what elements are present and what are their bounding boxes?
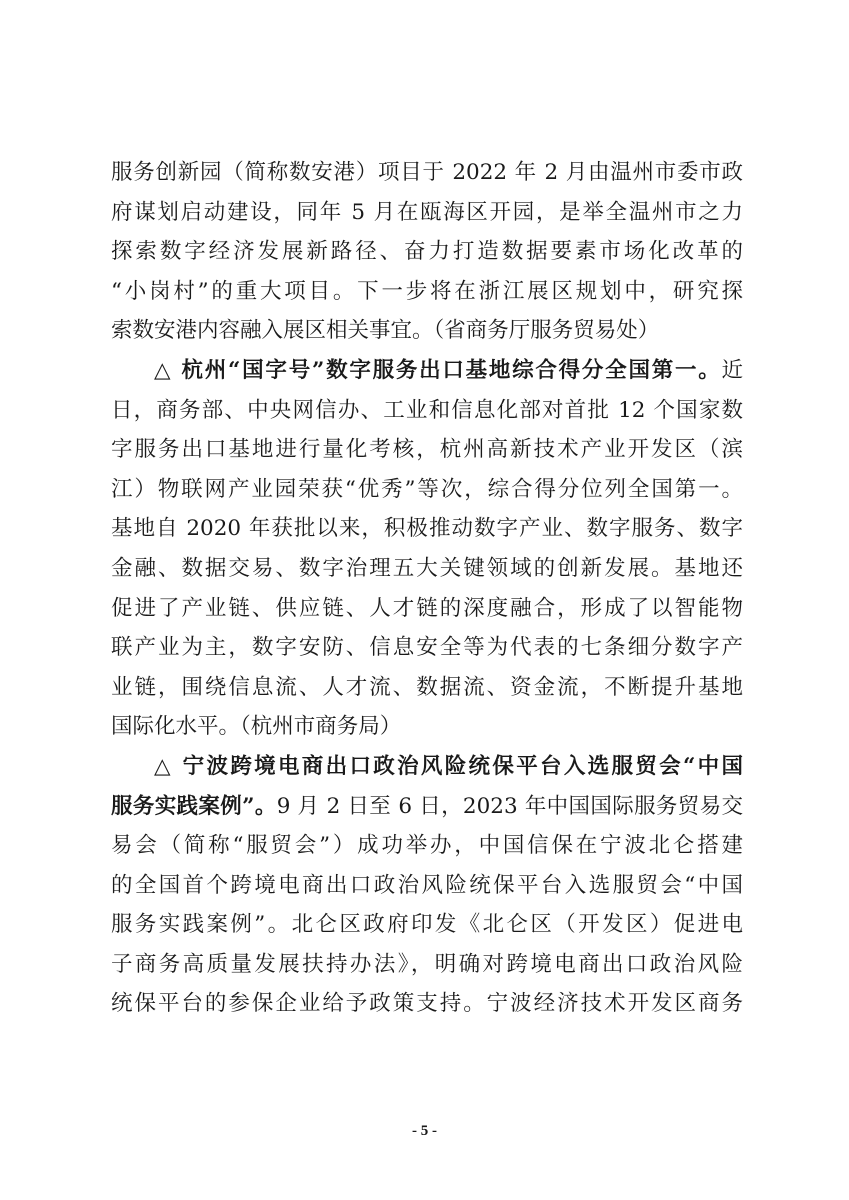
news-item-heading-cont: 服务实践案例”。 [111,794,277,819]
news-item-heading-line: △ 杭州“国字号”数字服务出口基地综合得分全国第一。近 [111,351,743,391]
text-line: 索数安港内容融入展区相关事宜。（省商务厅服务贸易处） [111,311,743,351]
text-line: 国际化水平。（杭州市商务局） [111,707,743,747]
text-line: 联产业为主，数字安防、信息安全等为代表的七条细分数字产 [111,628,743,668]
text-line: 服务创新园（简称数安港）项目于 2022 年 2 月由温州市委市政 [111,153,743,193]
text-line: 子商务高质量发展扶持办法》，明确对跨境电商出口政治风险 [111,945,743,985]
text-line: 易会（简称“服贸会”）成功举办，中国信保在宁波北仑搭建 [111,826,743,866]
text-fragment: 近 [721,358,743,383]
page-number: - 5 - [0,1123,849,1140]
text-line: 探索数字经济发展新路径、奋力打造数据要素市场化改革的 [111,232,743,272]
text-line: “小岗村”的重大项目。下一步将在浙江展区规划中，研究探 [111,272,743,312]
text-line: 的全国首个跨境电商出口政治风险统保平台入选服贸会“中国 [111,866,743,906]
news-item-heading: △ 宁波跨境电商出口政治风险统保平台入选服贸会“中国 [111,747,743,787]
news-item-heading-line: 服务实践案例”。9 月 2 日至 6 日，2023 年中国国际服务贸易交 [111,787,743,827]
text-line: 江）物联网产业园荣获“优秀”等次，综合得分位列全国第一。 [111,470,743,510]
body-text: 服务创新园（简称数安港）项目于 2022 年 2 月由温州市委市政 府谋划启动建… [111,153,743,1024]
text-line: 业链，围绕信息流、人才流、数据流、资金流，不断提升基地 [111,668,743,708]
text-line: 金融、数据交易、数字治理五大关键领域的创新发展。基地还 [111,549,743,589]
document-page: 服务创新园（简称数安港）项目于 2022 年 2 月由温州市委市政 府谋划启动建… [0,0,849,1200]
text-line: 日，商务部、中央网信办、工业和信息化部对首批 12 个国家数 [111,391,743,431]
text-line: 统保平台的参保企业给予政策支持。宁波经济技术开发区商务 [111,984,743,1024]
text-line: 字服务出口基地进行量化考核，杭州高新技术产业开发区（滨 [111,430,743,470]
text-line: 府谋划启动建设，同年 5 月在瓯海区开园，是举全温州市之力 [111,193,743,233]
text-line: 基地自 2020 年获批以来，积极推动数字产业、数字服务、数字 [111,509,743,549]
news-item-heading: △ 杭州“国字号”数字服务出口基地综合得分全国第一。 [154,358,721,383]
text-line: 服务实践案例”。北仑区政府印发《北仑区（开发区）促进电 [111,905,743,945]
text-line: 促进了产业链、供应链、人才链的深度融合，形成了以智能物 [111,589,743,629]
text-fragment: 9 月 2 日至 6 日，2023 年中国国际服务贸易交 [277,794,743,819]
